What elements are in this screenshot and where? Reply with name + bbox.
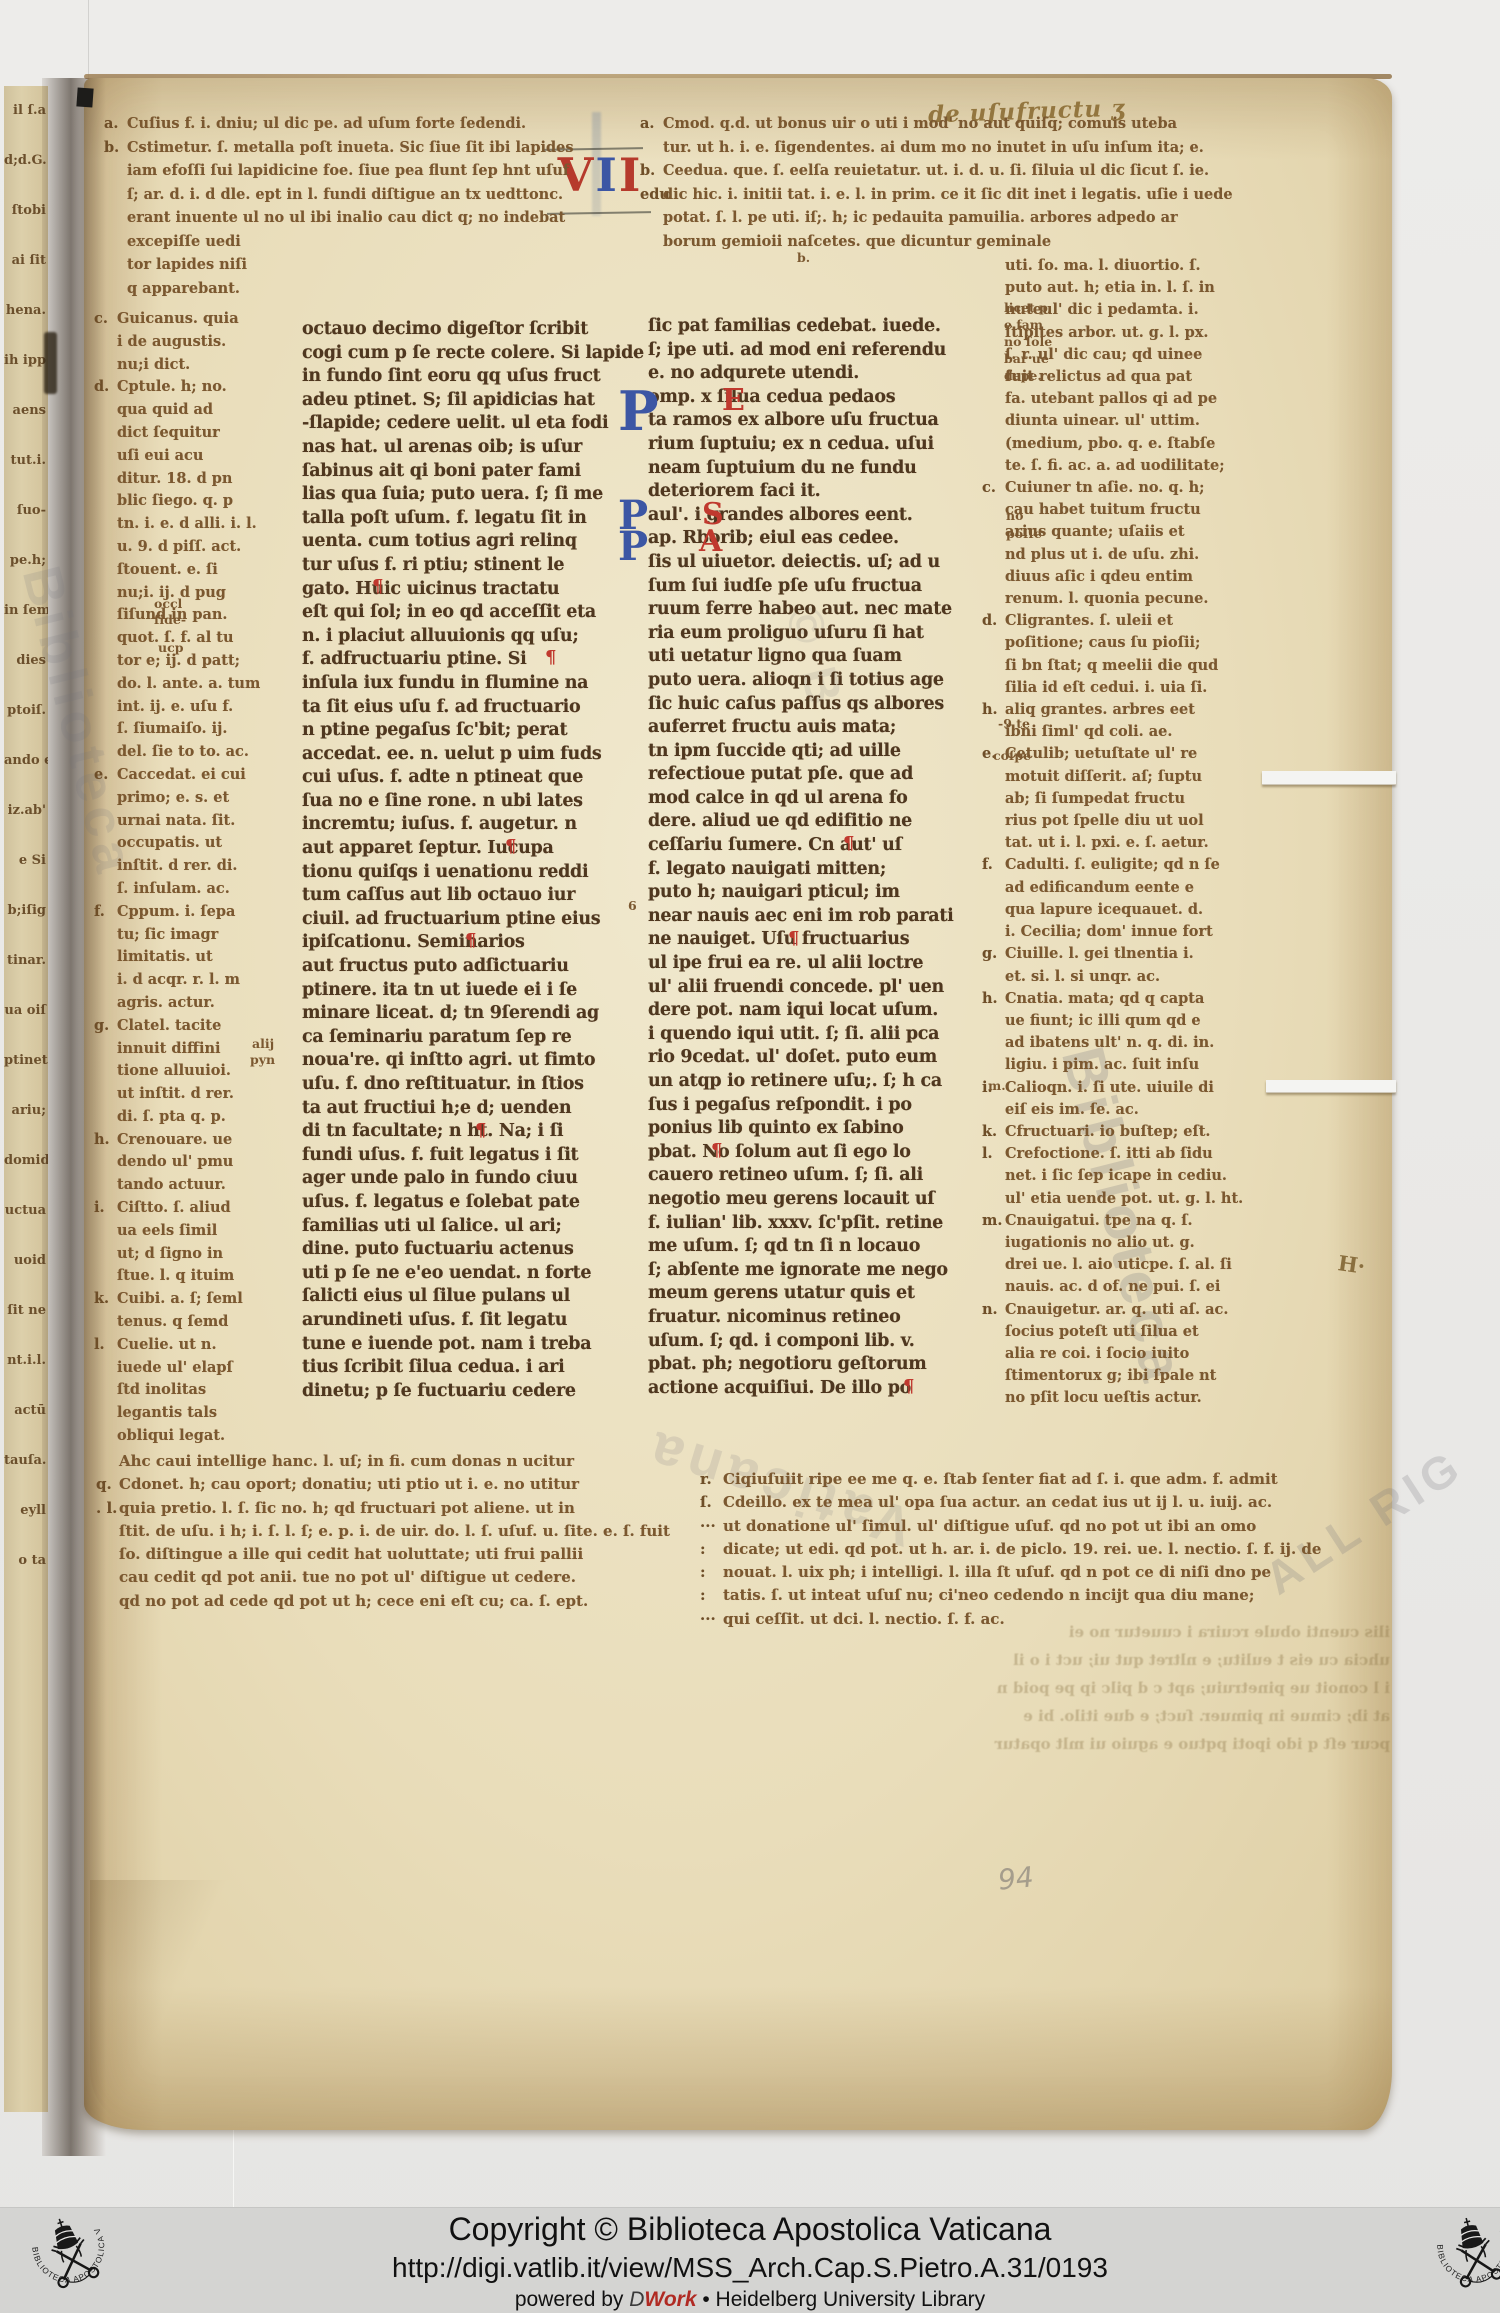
gloss-text: ſilia id eſt cedui. i. uia ſi. bbox=[1005, 677, 1207, 699]
text-line: ta ſit eius uſu f. ad fructuario bbox=[302, 696, 644, 720]
gloss-marker bbox=[94, 399, 117, 422]
gloss-line: agris. actur. bbox=[94, 992, 260, 1015]
gloss-text: i de augustis. bbox=[117, 331, 226, 354]
gloss-marker bbox=[94, 1402, 117, 1425]
gloss-line: d. Cptule. h; no. bbox=[94, 376, 260, 399]
text-line: tum caſſus aut lib octauo iur bbox=[302, 884, 644, 908]
text-line: ta aut fructiui h;e d; uenden bbox=[302, 1097, 644, 1121]
gloss-marker bbox=[94, 878, 117, 901]
gloss-line: d. Cligrantes. ſ. uleii et bbox=[982, 610, 1243, 632]
gloss-text: iuede ul' elapſ bbox=[117, 1357, 233, 1380]
gloss-line: Ahc caui intellige hanc. l. uſ; in fi. c… bbox=[96, 1450, 670, 1473]
gloss-marker: k. bbox=[94, 1288, 117, 1311]
pilcrow-mark: ¶ bbox=[903, 1376, 914, 1397]
gloss-text: Crefoctione. ſ. itti ab ſidu bbox=[1005, 1143, 1213, 1165]
gloss-line: borum gemioii naſcetes. que dicuntur gem… bbox=[640, 230, 1233, 254]
text-line: rio 9cedat. ul' doſet. puto eum bbox=[648, 1046, 953, 1070]
gloss-line: poſitione; caus ſu pioſii; bbox=[982, 632, 1243, 654]
gloss-line: net. i ſic ſep icape in cediu. bbox=[982, 1165, 1243, 1187]
top-gloss-right: a. Cmod. q.d. ut bonus uir o uti i mod' … bbox=[640, 112, 1233, 253]
gloss-marker bbox=[94, 696, 117, 719]
gloss-marker bbox=[982, 832, 1005, 854]
gloss-line: f. Cppum. i. ſepa bbox=[94, 901, 260, 924]
gloss-marker bbox=[94, 559, 117, 582]
gloss-marker bbox=[982, 1365, 1005, 1387]
bottom-gloss-right: r. Ciqiuſuiit ripe ee me q. e. ſtab ſent… bbox=[700, 1468, 1321, 1631]
gloss-line: dendo ul' pmu bbox=[94, 1151, 260, 1174]
gloss-text: uti. ſo. ma. l. diuortio. ſ. bbox=[1005, 255, 1201, 277]
gloss-line: ad edificandum eente e bbox=[982, 877, 1243, 899]
gloss-line: e. Caccedat. ei cui bbox=[94, 764, 260, 787]
gloss-line: tione alluuioi. bbox=[94, 1060, 260, 1083]
gloss-line: ··· ut donatione ul' ſimul. ul' diſtigue… bbox=[700, 1515, 1321, 1538]
gloss-line: m. Cnauigatui. tpe na q. ſ. bbox=[982, 1210, 1243, 1232]
gloss-marker bbox=[982, 1032, 1005, 1054]
gloss-marker bbox=[104, 183, 127, 207]
gloss-marker bbox=[982, 655, 1005, 677]
gloss-line: dict ſequitur bbox=[94, 422, 260, 445]
gloss-line: : dicate; ut edi. qd pot. ut h. ar. i. d… bbox=[700, 1538, 1321, 1561]
gloss-line: fa. utebant pallos qi ad pe bbox=[982, 388, 1243, 410]
footer-copyright: Copyright © Biblioteca Apostolica Vatica… bbox=[449, 2211, 1052, 2248]
gloss-line: cau cedit qd pot anii. tue no pot ul' di… bbox=[96, 1566, 670, 1589]
gloss-line: qua lapure icequauet. d. bbox=[982, 899, 1243, 921]
gloss-marker: a. bbox=[104, 112, 127, 136]
gloss-marker bbox=[982, 1276, 1005, 1298]
gloss-marker bbox=[94, 536, 117, 559]
gloss-text: tenus. q ſemd bbox=[117, 1311, 228, 1334]
gloss-line: uti. ſo. ma. l. diuortio. ſ. bbox=[982, 255, 1243, 277]
gloss-marker bbox=[982, 1188, 1005, 1210]
gloss-marker: r. bbox=[700, 1468, 723, 1491]
gloss-marker bbox=[982, 322, 1005, 344]
gloss-marker bbox=[94, 445, 117, 468]
gloss-text: Cptule. h; no. bbox=[117, 376, 227, 399]
gloss-text: Crenouare. ue bbox=[117, 1129, 232, 1152]
gloss-line: (medium, pbo. q. e. ſtabſe bbox=[982, 433, 1243, 455]
gloss-marker bbox=[104, 253, 127, 277]
gloss-text: (medium, pbo. q. e. ſtabſe bbox=[1005, 433, 1215, 455]
gloss-text: ad edificandum eente e bbox=[1005, 877, 1194, 899]
gloss-line: nd plus ut i. de uſu. zhi. bbox=[982, 544, 1243, 566]
text-line: ſabinus ait qi boni pater fami bbox=[302, 460, 644, 484]
gloss-text: ſtimentorux g; ibi ſpale nt bbox=[1005, 1365, 1216, 1387]
gloss-marker: b. bbox=[104, 136, 127, 160]
binding-mark bbox=[44, 332, 57, 394]
gloss-text: Clatel. tacite bbox=[117, 1015, 221, 1038]
gloss-line: l. Cuelie. ut n. bbox=[94, 1334, 260, 1357]
text-line: negotio meu gerens locauit uſ bbox=[648, 1188, 953, 1212]
gloss-marker bbox=[982, 299, 1005, 321]
footer-powered-by: powered by DWork • Heidelberg University… bbox=[515, 2288, 985, 2312]
text-line: ul' alii fruendi concede. pl' uen bbox=[648, 976, 953, 1000]
gloss-marker bbox=[94, 1220, 117, 1243]
text-line: ponius lib quinto ex ſabino bbox=[648, 1117, 953, 1141]
text-line: lias qua ſuia; puto uera. ſ; ſi me bbox=[302, 483, 644, 507]
gloss-text: limitatis. ut bbox=[117, 946, 213, 969]
gloss-text: i. d acqr. r. l. m bbox=[117, 969, 240, 992]
gloss-text: uſi eui acu bbox=[117, 445, 203, 468]
gloss-marker bbox=[94, 1151, 117, 1174]
gloss-text: tn. i. e. d alli. i. l. bbox=[117, 513, 257, 536]
gloss-marker bbox=[94, 1265, 117, 1288]
gloss-marker bbox=[982, 1387, 1005, 1409]
gloss-marker: . l. bbox=[96, 1497, 119, 1520]
gloss-marker bbox=[94, 969, 117, 992]
text-line: in fundo ſint eoru qq uſus fruct bbox=[302, 365, 644, 389]
text-line: ne nauiget. Uſu fructuarius bbox=[648, 928, 953, 952]
gloss-text: ſ. inſulam. ac. bbox=[117, 878, 230, 901]
marginal-note: pyn bbox=[250, 1052, 275, 1067]
gloss-text: do. l. ante. a. tum bbox=[117, 673, 260, 696]
gloss-marker bbox=[982, 566, 1005, 588]
gloss-marker: m. bbox=[982, 1210, 1005, 1232]
pilcrow-mark: ¶ bbox=[465, 930, 476, 951]
gloss-marker: edu bbox=[640, 183, 663, 207]
text-line: tius ſcribit ſilua cedua. i ari bbox=[302, 1356, 644, 1380]
text-line: gato. Huic uicinus tractatu bbox=[302, 578, 644, 602]
gloss-marker: b. bbox=[640, 159, 663, 183]
text-line: e. no adqurete utendi. bbox=[648, 362, 953, 386]
gloss-line: ul' etia uende pot. ut. g. l. ht. bbox=[982, 1188, 1243, 1210]
gloss-line: k. Cuibi. a. ſ; ſeml bbox=[94, 1288, 260, 1311]
gloss-marker: g. bbox=[94, 1015, 117, 1038]
marginal-note: bar ue bbox=[1004, 351, 1049, 366]
gloss-line: legantis tals bbox=[94, 1402, 260, 1425]
text-line: ſic pat familias cedebat. iuede. bbox=[648, 315, 953, 339]
gloss-marker: : bbox=[700, 1584, 723, 1607]
gloss-line: tat. ut i. l. pxi. e. ſ. aetur. bbox=[982, 832, 1243, 854]
gloss-text: Cuelie. ut n. bbox=[117, 1334, 217, 1357]
gloss-marker bbox=[94, 513, 117, 536]
pilcrow-mark: ¶ bbox=[505, 836, 516, 857]
text-line: ager unde palo in fundo ciuu bbox=[302, 1167, 644, 1191]
gloss-marker bbox=[94, 490, 117, 513]
gloss-marker bbox=[94, 1311, 117, 1334]
gloss-text: ab; ſi ſumpedat fructu bbox=[1005, 788, 1185, 810]
gloss-marker: n. bbox=[982, 1299, 1005, 1321]
parchment-crease bbox=[90, 1880, 280, 2130]
text-line: ul ipe frui ea re. ul alii loctre bbox=[648, 952, 953, 976]
gloss-line: urnai nata. ſit. bbox=[94, 810, 260, 833]
gloss-marker: a. bbox=[640, 112, 663, 136]
gloss-marker bbox=[94, 810, 117, 833]
gloss-text: qua quid ad bbox=[117, 399, 213, 422]
gloss-marker bbox=[96, 1450, 119, 1473]
gloss-marker bbox=[982, 1165, 1005, 1187]
gloss-text: diuus aſic i qdeu entim bbox=[1005, 566, 1193, 588]
gloss-line: iuede ul' elapſ bbox=[94, 1357, 260, 1380]
gloss-marker bbox=[982, 1343, 1005, 1365]
gloss-marker bbox=[982, 677, 1005, 699]
gloss-text: ibni ſiml' qd coli. ae. bbox=[1005, 721, 1172, 743]
gloss-line: tu; ſic imagr bbox=[94, 924, 260, 947]
gloss-line: h. Crenouare. ue bbox=[94, 1129, 260, 1152]
gloss-text: rius pot ſpelle diu ut uol bbox=[1005, 810, 1204, 832]
text-line: eſt qui ſol; in eo qd acceſſit eta bbox=[302, 601, 644, 625]
marginal-note: -9 te bbox=[998, 716, 1030, 731]
text-line: aul'. i grandes albores eent. bbox=[648, 504, 953, 528]
showthrough-line: at ib; cimue in pimuer. ſuct; e due itil… bbox=[380, 1702, 1390, 1730]
gloss-text: Cuſius f. i. dniu; ul dic pe. ad uſum fo… bbox=[127, 112, 526, 136]
gloss-marker: q. bbox=[96, 1473, 119, 1496]
gloss-marker bbox=[982, 810, 1005, 832]
gloss-text: Cppum. i. ſepa bbox=[117, 901, 235, 924]
gloss-line: : tatis. ſ. ut inteat uſuſ nu; ci'neo ce… bbox=[700, 1584, 1321, 1607]
text-line: mod calce in qd ul arena fo bbox=[648, 787, 953, 811]
pilcrow-mark: ¶ bbox=[711, 1140, 722, 1161]
right-gloss-column: uti. ſo. ma. l. diuortio. ſ. puto aut. h… bbox=[982, 255, 1243, 1410]
gloss-text: dicate; ut edi. qd pot. ut h. ar. i. de … bbox=[723, 1538, 1321, 1561]
gloss-text: occupatis. ut bbox=[117, 832, 222, 855]
marginal-note: ſide- bbox=[154, 612, 186, 627]
gloss-line: c. Guicanus. quia bbox=[94, 308, 260, 331]
text-line: uenta. cum totius agri relinq bbox=[302, 530, 644, 554]
gloss-line: ligiu. i pim. ac. ſuit inſu bbox=[982, 1054, 1243, 1076]
gloss-marker bbox=[94, 1379, 117, 1402]
text-line: auferret fructu auis mata; bbox=[648, 716, 953, 740]
gloss-text: ſo. diſtingue a ille qui cedit hat uolut… bbox=[119, 1543, 583, 1566]
gloss-line: do. l. ante. a. tum bbox=[94, 673, 260, 696]
gloss-marker bbox=[982, 1254, 1005, 1276]
gloss-text: ue fiunt; ic illi qum qd e bbox=[1005, 1010, 1201, 1032]
text-line: near nauis aec eni im rob parati bbox=[648, 905, 953, 929]
gloss-text: ſi bn ſtat; q meelii die qud bbox=[1005, 655, 1218, 677]
gloss-text: potat. ſ. l. pe uti. iſ;. h; ic pedauita… bbox=[663, 206, 1178, 230]
gloss-line: erant inuente ul no ul ibi inalio cau di… bbox=[104, 206, 574, 230]
text-line: f. legato nauigati mitten; bbox=[648, 858, 953, 882]
gloss-marker bbox=[94, 1174, 117, 1197]
gloss-line: ditur. 18. d pn bbox=[94, 468, 260, 491]
gloss-text: Cadulti. ſ. euligite; qd n ſe bbox=[1005, 854, 1220, 876]
gloss-text: ditur. 18. d pn bbox=[117, 468, 232, 491]
gloss-text: primo; e. s. et bbox=[117, 787, 229, 810]
gloss-text: iugationis no alio ut. g. bbox=[1005, 1232, 1195, 1254]
gloss-line: n. Cnauigetur. ar. q. uti aſ. ac. bbox=[982, 1299, 1243, 1321]
gloss-marker bbox=[94, 832, 117, 855]
gloss-text: ſtue. l. q ituim bbox=[117, 1265, 234, 1288]
text-line: ſum ſui iudſe pſe uſu fructua bbox=[648, 575, 953, 599]
gloss-marker bbox=[94, 992, 117, 1015]
text-line: tn ipm ſuccide qti; ad uille bbox=[648, 740, 953, 764]
gloss-text: drei ue. l. aio uticpe. ſ. al. ſi bbox=[1005, 1254, 1232, 1276]
gloss-text: tat. ut i. l. pxi. e. ſ. aetur. bbox=[1005, 832, 1209, 854]
gloss-text: poſitione; caus ſu pioſii; bbox=[1005, 632, 1200, 654]
marginal-note: licet p bbox=[1004, 300, 1048, 315]
gloss-marker bbox=[94, 1060, 117, 1083]
showthrough-line: i l conoit ue pinetruiu; apt c d pilc ip… bbox=[380, 1674, 1390, 1702]
text-line: i quendo iqui utit. ſ; ſi. alii pca bbox=[648, 1023, 953, 1047]
gloss-text: Cnauigatui. tpe na q. ſ. bbox=[1005, 1210, 1193, 1232]
gloss-line: ſilia id eſt cedui. i. uia ſi. bbox=[982, 677, 1243, 699]
gloss-text: Cuibi. a. ſ; ſeml bbox=[117, 1288, 243, 1311]
parchment-slit-lower bbox=[1266, 1080, 1396, 1093]
background-seam-top bbox=[88, 0, 89, 80]
gloss-marker bbox=[982, 366, 1005, 388]
gloss-text: tor lapides niſi bbox=[127, 253, 247, 277]
marginal-note: b. bbox=[797, 250, 810, 265]
gloss-text: alia re coi. i ſocio iuito bbox=[1005, 1343, 1189, 1365]
gloss-line: uſi eui acu bbox=[94, 445, 260, 468]
gloss-line: ſ. inſulam. ac. bbox=[94, 878, 260, 901]
marginal-note: no bbox=[1006, 508, 1023, 523]
gloss-text: tu; ſic imagr bbox=[117, 924, 218, 947]
gloss-text: ſtit. de uſu. i h; i. ſ. l. ſ; e. p. i. … bbox=[119, 1520, 670, 1543]
gloss-line: g. Ciuille. l. gei tlnentia i. bbox=[982, 943, 1243, 965]
gloss-line: ue fiunt; ic illi qum qd e bbox=[982, 1010, 1243, 1032]
text-line: ſua no e ſine rone. n ubi lates bbox=[302, 790, 644, 814]
gloss-marker: c. bbox=[982, 477, 1005, 499]
gloss-marker bbox=[982, 1010, 1005, 1032]
text-line: arundineti uſus. f. ſit legatu bbox=[302, 1309, 644, 1333]
text-line: octauo decimo digeſtor ſcribit bbox=[302, 318, 644, 342]
gloss-marker bbox=[94, 331, 117, 354]
gloss-marker bbox=[982, 1321, 1005, 1343]
gloss-marker bbox=[104, 159, 127, 183]
gloss-line: blic ſiego. q. p bbox=[94, 490, 260, 513]
text-line: un atqp io retinere uſu;. ſ; h ca bbox=[648, 1070, 953, 1094]
gloss-line: int. ij. e. uſu f. bbox=[94, 696, 260, 719]
gloss-text: i. Cecilia; dom' innue fort bbox=[1005, 921, 1213, 943]
gloss-text: ligiu. i pim. ac. ſuit inſu bbox=[1005, 1054, 1199, 1076]
gloss-marker bbox=[96, 1520, 119, 1543]
gloss-marker bbox=[982, 766, 1005, 788]
text-line: di tn facultate; n ht. Na; i ſi bbox=[302, 1120, 644, 1144]
gloss-line: excepiſſe uedi bbox=[104, 230, 574, 254]
digitized-manuscript-page: { "header": { "folio_v": "V", "folio_i1"… bbox=[0, 0, 1500, 2313]
text-line: ſalicti eius ul ſilue pulans ul bbox=[302, 1285, 644, 1309]
text-line: talla poſt uſum. f. legatu ſit in bbox=[302, 507, 644, 531]
gloss-text: dic hic. i. initii tat. i. e. l. in prim… bbox=[663, 183, 1233, 207]
folio-letter-i2: I bbox=[619, 148, 643, 202]
gloss-marker bbox=[94, 1106, 117, 1129]
parchment-slit-upper bbox=[1262, 771, 1396, 785]
library-name-text: • Heidelberg University Library bbox=[697, 2288, 986, 2311]
gloss-line: tenus. q ſemd bbox=[94, 1311, 260, 1334]
gloss-line: diunta uinear. ul' uttim. bbox=[982, 410, 1243, 432]
gloss-text: urnai nata. ſit. bbox=[117, 810, 235, 833]
pilcrow-mark: ¶ bbox=[475, 1120, 486, 1141]
gloss-text: qd no pot ad cede qd pot ut h; cece eni … bbox=[119, 1590, 588, 1613]
gloss-line: q. Cdonet. h; cau oport; donatiu; uti pt… bbox=[96, 1473, 670, 1496]
gloss-marker bbox=[94, 924, 117, 947]
text-line: ptinere. ita tn ut iuede ei i ſe bbox=[302, 979, 644, 1003]
gloss-text: q apparebant. bbox=[127, 277, 240, 301]
gloss-line: ſ. Cdeillo. ex te mea ul' opa ſua actur.… bbox=[700, 1491, 1321, 1514]
text-line: puto uera. alioqn i ſi totius age bbox=[648, 669, 953, 693]
gloss-line: innuit diffini bbox=[94, 1038, 260, 1061]
gloss-marker: ſ. bbox=[700, 1491, 723, 1514]
gloss-line: i. Calioqn. i. ſi ute. uiuile di bbox=[982, 1077, 1243, 1099]
gloss-marker bbox=[94, 650, 117, 673]
gloss-marker: g. bbox=[982, 943, 1005, 965]
gloss-text: renum. l. quonia pecune. bbox=[1005, 588, 1208, 610]
dwork-d: D bbox=[629, 2288, 644, 2311]
gloss-line: b. Ceedua. que. ſ. eelſa reuietatur. ut.… bbox=[640, 159, 1233, 183]
gloss-text: Cdonet. h; cau oport; donatiu; uti ptio … bbox=[119, 1473, 579, 1496]
text-line: ciuil. ad fructuarium ptine eius bbox=[302, 908, 644, 932]
gloss-text: cau habet tuitum fructu bbox=[1005, 499, 1201, 521]
main-text-column-1: octauo decimo digeſtor ſcribitcogi cum p… bbox=[302, 318, 644, 1403]
gloss-line: ſ. ſiumaiſo. ij. bbox=[94, 718, 260, 741]
gloss-marker bbox=[982, 255, 1005, 277]
gloss-line: nauis. ac. d of. ne pui. ſ. ei bbox=[982, 1276, 1243, 1298]
text-line: adeu ptinet. S; ſil apidicias hat bbox=[302, 389, 644, 413]
gloss-text: excepiſſe uedi bbox=[127, 230, 241, 254]
gloss-text: ul' etia uende pot. ut. g. l. ht. bbox=[1005, 1188, 1243, 1210]
text-line: pbat. ph; negotioru geſtorum bbox=[648, 1353, 953, 1377]
gloss-text: Cfructuari. io buſtep; eſt. bbox=[1005, 1121, 1211, 1143]
gloss-line: : nouat. l. uix ph; i intelligi. l. illa… bbox=[700, 1561, 1321, 1584]
gloss-line: l. Crefoctione. ſ. itti ab ſidu bbox=[982, 1143, 1243, 1165]
gloss-text: Calioqn. i. ſi ute. uiuile di bbox=[1005, 1077, 1214, 1099]
gloss-text: tatis. ſ. ut inteat uſuſ nu; ci'neo cede… bbox=[723, 1584, 1254, 1607]
text-line: -ſlapide; cedere uelit. ul eta fodi bbox=[302, 412, 644, 436]
gloss-text: Cligrantes. ſ. uleii et bbox=[1005, 610, 1173, 632]
gloss-line: a. Cuſius f. i. dniu; ul dic pe. ad uſum… bbox=[104, 112, 574, 136]
gloss-text: Cmod. q.d. ut bonus uir o uti i mod' no … bbox=[663, 112, 1177, 136]
gloss-text: tando actuur. bbox=[117, 1174, 226, 1197]
gloss-text: ut donatione ul' ſimul. ul' diſtigue uſu… bbox=[723, 1515, 1256, 1538]
gloss-text: motuit diſſerit. aſ; ſuptu bbox=[1005, 766, 1202, 788]
gloss-line: ſtit. de uſu. i h; i. ſ. l. ſ; e. p. i. … bbox=[96, 1520, 670, 1543]
decorated-initial: E bbox=[722, 386, 745, 416]
gloss-marker bbox=[94, 673, 117, 696]
gloss-line: alia re coi. i ſocio iuito bbox=[982, 1343, 1243, 1365]
marginal-note: depe. bbox=[1004, 368, 1042, 383]
gloss-text: diunta uinear. ul' uttim. bbox=[1005, 410, 1200, 432]
text-line: pbat. No ſolum aut ſi ego lo bbox=[648, 1141, 953, 1165]
text-line: familias uti ul ſalice. ul ari; bbox=[302, 1215, 644, 1239]
gloss-text: obliqui legat. bbox=[117, 1425, 225, 1448]
main-text-column-2: ſic pat familias cedebat. iuede.ſ; ipe u… bbox=[648, 315, 953, 1400]
gloss-text: iam efoſſi ſui lapidicine foe. ſiue pea … bbox=[127, 159, 569, 183]
gloss-line: ad ibatens ult' n. q. di. in. bbox=[982, 1032, 1243, 1054]
gloss-marker bbox=[104, 230, 127, 254]
gloss-line: et. si. l. si unqr. ac. bbox=[982, 966, 1243, 988]
text-line: ca ſeminariu paratum ſep re bbox=[302, 1026, 644, 1050]
gloss-marker bbox=[94, 354, 117, 377]
marginal-note: coſpe bbox=[993, 748, 1031, 763]
gloss-line: i. d acqr. r. l. m bbox=[94, 969, 260, 992]
gloss-marker: d. bbox=[94, 376, 117, 399]
gloss-marker bbox=[104, 277, 127, 301]
gloss-line: g. Clatel. tacite bbox=[94, 1015, 260, 1038]
gloss-marker bbox=[94, 1038, 117, 1061]
text-line: ruum ferre habeo aut. nec mate bbox=[648, 598, 953, 622]
gloss-text: et. si. l. si unqr. ac. bbox=[1005, 966, 1160, 988]
gloss-marker bbox=[94, 855, 117, 878]
gloss-text: Ciqiuſuiit ripe ee me q. e. ſtab ſenter … bbox=[723, 1468, 1278, 1491]
gloss-marker bbox=[982, 455, 1005, 477]
gloss-marker: d. bbox=[982, 610, 1005, 632]
text-line: ſ; abſente me ignorate me nego bbox=[648, 1259, 953, 1283]
gloss-line: iam efoſſi ſui lapidicine foe. ſiue pea … bbox=[104, 159, 574, 183]
text-line: cauero retineo uſum. ſ; ſi. ali bbox=[648, 1164, 953, 1188]
text-line: cogi cum p ſe recte colere. Si lapide bbox=[302, 342, 644, 366]
gloss-line: limitatis. ut bbox=[94, 946, 260, 969]
text-line: ta ramos ex albore uſu fructua bbox=[648, 409, 953, 433]
gloss-marker bbox=[982, 1232, 1005, 1254]
gloss-line: ſi bn ſtat; q meelii die qud bbox=[982, 655, 1243, 677]
gloss-text: quia pretio. l. ſ. ſic no. h; qd fructua… bbox=[119, 1497, 575, 1520]
gloss-text: no pſit locu ueſtis actur. bbox=[1005, 1387, 1202, 1409]
gloss-text: ſocius poteſt uti ſilua et bbox=[1005, 1321, 1199, 1343]
text-line: dine. puto fuctuariu actenus bbox=[302, 1238, 644, 1262]
text-line: minare liceat. d; tn 9ſerendi ag bbox=[302, 1002, 644, 1026]
gloss-text: dict ſequitur bbox=[117, 422, 220, 445]
gloss-marker bbox=[96, 1590, 119, 1613]
